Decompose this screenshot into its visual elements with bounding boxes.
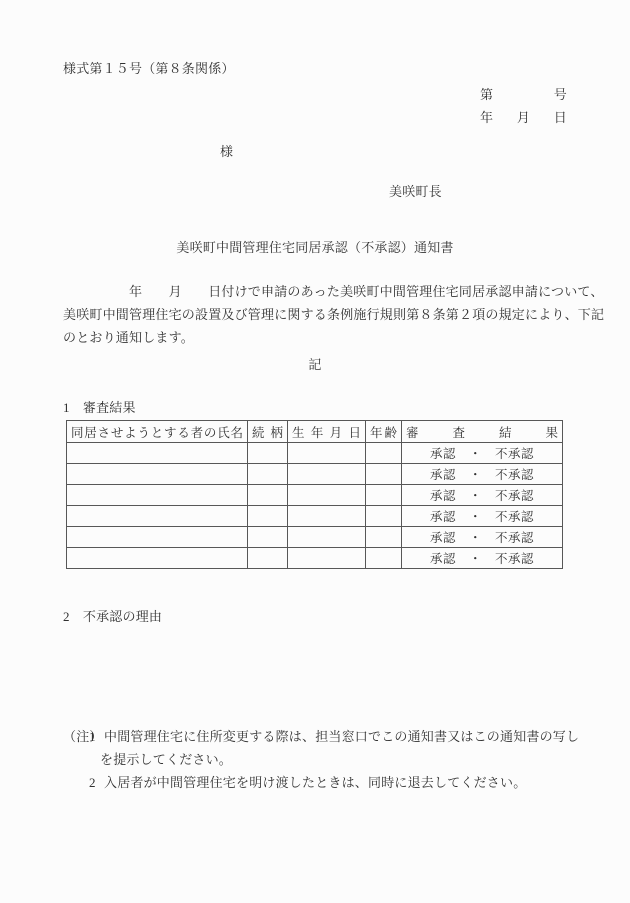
result-options-cell: 承認 ・ 不承認 — [402, 443, 563, 464]
empty-cell — [67, 443, 248, 464]
body-line-3: のとおり通知します。 — [63, 329, 194, 347]
note1-number: 1 — [89, 728, 96, 746]
date-year-label: 年 — [480, 109, 493, 127]
table-row: 承認 ・ 不承認 — [67, 506, 563, 527]
empty-cell — [248, 506, 288, 527]
empty-cell — [288, 443, 366, 464]
document-title: 美咲町中間管理住宅同居承認（不承認）通知書 — [0, 239, 630, 257]
body-line-2: 美咲町中間管理住宅の設置及び管理に関する条例施行規則第８条第２項の規定により、下… — [63, 306, 604, 324]
issue-date-line: 年 月 日 — [480, 109, 567, 127]
issue-number-suffix: 号 — [554, 86, 567, 104]
result-options-cell: 承認 ・ 不承認 — [402, 464, 563, 485]
note2-number: 2 — [89, 774, 96, 792]
table-header-row: 同居させようとする者の氏名 続柄 生年月日 年齢 審査結果 — [67, 421, 563, 443]
header-cohabitant-name: 同居させようとする者の氏名 — [67, 421, 248, 443]
review-results-table: 同居させようとする者の氏名 続柄 生年月日 年齢 審査結果 承認 ・ 不承認承認… — [66, 420, 563, 569]
empty-cell — [366, 506, 402, 527]
header-birthdate: 生年月日 — [288, 421, 366, 443]
table-row: 承認 ・ 不承認 — [67, 464, 563, 485]
result-options-cell: 承認 ・ 不承認 — [402, 548, 563, 569]
empty-cell — [248, 548, 288, 569]
empty-cell — [366, 464, 402, 485]
date-day-label: 日 — [554, 109, 567, 127]
sender-name: 美咲町長 — [389, 183, 442, 201]
empty-cell — [67, 485, 248, 506]
table-row: 承認 ・ 不承認 — [67, 548, 563, 569]
empty-cell — [288, 464, 366, 485]
empty-cell — [366, 485, 402, 506]
empty-cell — [288, 548, 366, 569]
note2-text: 入居者が中間管理住宅を明け渡したときは、同時に退去してください。 — [104, 774, 526, 792]
empty-cell — [248, 464, 288, 485]
empty-cell — [288, 506, 366, 527]
issue-number-prefix: 第 — [480, 86, 493, 104]
record-separator: 記 — [0, 356, 630, 374]
empty-cell — [67, 527, 248, 548]
table-row: 承認 ・ 不承認 — [67, 527, 563, 548]
date-month-label: 月 — [517, 109, 530, 127]
issue-number-line: 第 号 — [480, 86, 567, 104]
empty-cell — [248, 485, 288, 506]
empty-cell — [366, 527, 402, 548]
review-table-body: 承認 ・ 不承認承認 ・ 不承認承認 ・ 不承認承認 ・ 不承認承認 ・ 不承認… — [67, 443, 563, 569]
recipient-honorific: 様 — [220, 143, 233, 161]
empty-cell — [288, 485, 366, 506]
body-line-1: 年 月 日付けで申請のあった美咲町中間管理住宅同居承認申請について、 — [63, 283, 604, 301]
empty-cell — [366, 548, 402, 569]
result-options-cell: 承認 ・ 不承認 — [402, 485, 563, 506]
notes-label: （注） — [63, 728, 103, 746]
header-review-result: 審査結果 — [402, 421, 563, 443]
empty-cell — [67, 464, 248, 485]
note1-line2: を提示してください。 — [100, 751, 232, 769]
empty-cell — [67, 506, 248, 527]
section2-heading: 2 不承認の理由 — [63, 608, 162, 626]
section1-heading: 1 審査結果 — [63, 399, 136, 417]
header-relationship: 続柄 — [248, 421, 288, 443]
empty-cell — [248, 443, 288, 464]
empty-cell — [366, 443, 402, 464]
empty-cell — [67, 548, 248, 569]
note1-line1: 中間管理住宅に住所変更する際は、担当窓口でこの通知書又はこの通知書の写し — [104, 728, 579, 746]
result-options-cell: 承認 ・ 不承認 — [402, 527, 563, 548]
result-options-cell: 承認 ・ 不承認 — [402, 506, 563, 527]
notification-document-page: 様式第１５号（第８条関係） 第 号 年 月 日 様 美咲町長 美咲町中間管理住宅… — [0, 0, 630, 903]
table-row: 承認 ・ 不承認 — [67, 443, 563, 464]
empty-cell — [288, 527, 366, 548]
empty-cell — [248, 527, 288, 548]
form-number: 様式第１５号（第８条関係） — [63, 60, 235, 78]
header-age: 年齢 — [366, 421, 402, 443]
table-row: 承認 ・ 不承認 — [67, 485, 563, 506]
